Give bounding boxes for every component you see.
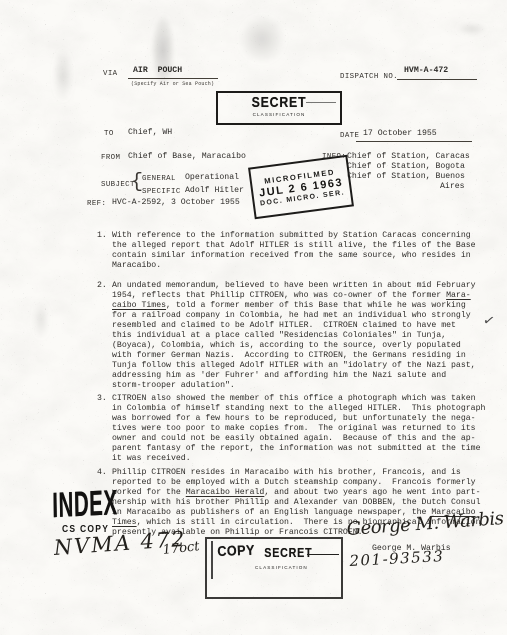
paragraph-number: 4. bbox=[97, 468, 107, 477]
stamp-edge-line bbox=[211, 541, 213, 579]
dispatch-value: HVM-A-472 bbox=[404, 66, 448, 76]
scan-smudge bbox=[30, 295, 52, 345]
handwritten-file-number: 201-93533 bbox=[349, 547, 445, 570]
subject-general-label: GENERAL bbox=[142, 175, 176, 183]
dispatch-label: DISPATCH NO. bbox=[340, 73, 398, 81]
dispatch-underline bbox=[397, 79, 477, 80]
to-value: Chief, WH bbox=[128, 128, 172, 138]
microfilm-stamp: MICROFILMED JUL 2 6 1963 DOC. MICRO. SER… bbox=[248, 155, 354, 220]
handwritten-date: 17oct bbox=[162, 539, 200, 558]
date-label: DATE bbox=[340, 132, 359, 140]
info-line: Chief of Station, Caracas bbox=[347, 152, 470, 162]
date-value: 17 October 1955 bbox=[363, 129, 437, 139]
ref-value: HVC-A-2592, 3 October 1955 bbox=[112, 198, 240, 208]
info-line: Chief of Station, Bogota bbox=[347, 162, 465, 172]
scan-smudge bbox=[452, 20, 492, 38]
from-value: Chief of Base, Maracaibo bbox=[128, 152, 246, 162]
via-note: (Specify Air or Sea Pouch) bbox=[131, 81, 214, 87]
subject-specific-value: Adolf Hitler bbox=[185, 186, 244, 196]
info-line: Aires bbox=[440, 182, 465, 192]
date-underline bbox=[356, 141, 472, 142]
scan-smudge bbox=[146, 12, 180, 107]
to-label: TO bbox=[104, 130, 114, 138]
subject-general-value: Operational bbox=[185, 173, 239, 183]
paragraph-text: An undated memorandum, believed to have … bbox=[112, 281, 494, 392]
copy-stamp: COPY bbox=[217, 542, 255, 559]
paragraph-number: 2. bbox=[97, 281, 107, 290]
bottom-secret-word: SECRET bbox=[264, 545, 312, 560]
stamp-strike-line bbox=[307, 554, 339, 555]
bottom-secret-sub: CLASSIFICATION bbox=[255, 565, 308, 570]
ref-label: REF: bbox=[87, 200, 106, 208]
bottom-classification-stamp: COPY SECRET CLASSIFICATION bbox=[205, 537, 343, 599]
document-page: VIA AIR POUCH (Specify Air or Sea Pouch)… bbox=[0, 0, 507, 635]
via-underline bbox=[128, 78, 218, 79]
paragraph-number: 1. bbox=[97, 231, 107, 240]
scan-smudge bbox=[50, 40, 76, 110]
stamp-smear-line bbox=[306, 102, 336, 103]
subject-label: SUBJECT bbox=[101, 181, 135, 189]
paragraph-number: 3. bbox=[97, 394, 107, 403]
info-line: Chief of Station, Buenos bbox=[347, 172, 465, 182]
from-label: FROM bbox=[101, 154, 120, 162]
secret-classification-stamp: SECRET CLASSIFICATION bbox=[216, 91, 342, 125]
margin-check-mark: ✓ bbox=[481, 312, 496, 330]
paragraph-text: CITROEN also showed the member of this o… bbox=[112, 394, 494, 464]
paragraph-text: With reference to the information submit… bbox=[112, 231, 494, 271]
via-label: VIA bbox=[103, 70, 118, 78]
via-value: AIR POUCH bbox=[133, 66, 182, 76]
secret-stamp-sub: CLASSIFICATION bbox=[218, 112, 340, 117]
index-stamp: INDEX bbox=[52, 483, 118, 527]
scan-smudge bbox=[232, 8, 292, 70]
subject-specific-label: SPECIFIC bbox=[142, 188, 181, 196]
